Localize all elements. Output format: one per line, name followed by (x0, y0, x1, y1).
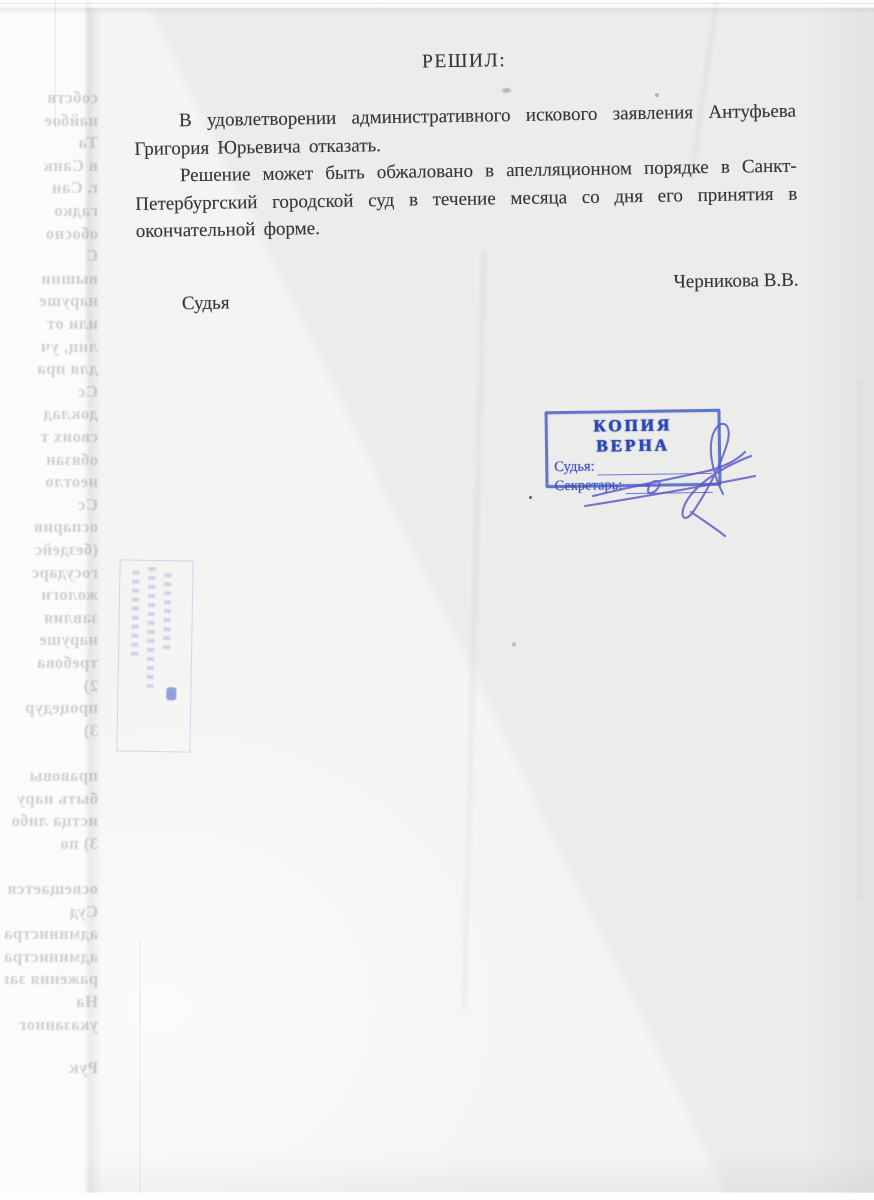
stamp-judge-label: Судья: (554, 459, 595, 477)
bleed-through-fragment: административ (4, 947, 98, 967)
stamp-text-line (146, 567, 155, 691)
bleed-through-fragment: найбое (4, 111, 98, 131)
bleed-through-fragment: для пра (4, 359, 98, 379)
bleed-through-fragment: вышни (4, 269, 98, 289)
bleed-through-fragment: С (4, 246, 98, 266)
document-heading: РЕШИЛ: (133, 46, 795, 78)
bleed-through-fragment: На (4, 992, 98, 1012)
judge-label: Судья (182, 292, 230, 315)
scanner-bottom-edge (0, 1193, 874, 1200)
bleed-through-fragment: Сс (4, 382, 98, 402)
bleed-through-fragment: 3) по (4, 834, 98, 854)
bleed-through-fragment: наруше (4, 630, 98, 650)
bleed-through-fragment: в Санк (4, 156, 98, 176)
paragraph-appeal: Решение может быть обжаловано в апелляци… (135, 153, 798, 246)
bleed-through-fragment: обосно (4, 224, 98, 244)
bleed-through-fragment: Суд (4, 902, 98, 922)
stamp-secretary-label: Секретарь: (554, 477, 622, 495)
bleed-through-fragment: обязан (4, 450, 98, 470)
ink-blob (166, 687, 176, 700)
bleed-through-fragment: процедур (4, 698, 98, 718)
stamp-text-line (131, 571, 140, 661)
fold-crease (856, 380, 864, 900)
document-content: РЕШИЛ: В удовлетворении административног… (133, 46, 799, 316)
bleed-through-fragment: Рук (4, 1058, 98, 1078)
bleed-through-fragment: указанног (4, 1015, 98, 1035)
scan-speck (529, 496, 532, 499)
stamp-secretary-row: Секретарь: (554, 476, 712, 495)
stamp-judge-row: Судья: (554, 457, 712, 476)
scan-speck (502, 88, 511, 93)
bleed-through-fragment: истца либо (4, 811, 98, 831)
bleed-through-fragment: Сс (4, 495, 98, 515)
bleed-through-fragment: лиц, уч (4, 337, 98, 357)
stamp-title: КОПИЯ ВЕРНА (554, 415, 713, 457)
bleed-through-fragment: государс (4, 563, 98, 583)
bleed-through-fragment: своих т (4, 427, 98, 447)
fold-crease (139, 940, 143, 1200)
bleed-through-fragment: административ (4, 924, 98, 944)
bleed-through-fragment: наруше (4, 291, 98, 311)
stamp-text-line (163, 573, 171, 651)
bleed-through-fragment: оспарив (4, 517, 98, 537)
bleed-through-fragment: 2) (4, 676, 98, 696)
bleed-through-fragment: ражения зая (4, 969, 98, 989)
bleed-through-fragment: гадко (4, 201, 98, 221)
scanned-page: собствнайбоеТав Санкг. СангадкообосноСвы… (0, 0, 874, 1200)
bleed-through-fragment: быть нару (4, 789, 98, 809)
fold-crease (460, 250, 488, 1010)
signature-row: Судья Черникова В.В. (137, 275, 799, 315)
bleed-through-fragment: правовы (4, 766, 98, 786)
stamp-judge-blank-line (598, 460, 713, 476)
bleed-through-fragment: (бездейс (4, 540, 98, 560)
bleed-through-fragment: доклад (4, 404, 98, 424)
scanner-top-edge (0, 0, 874, 4)
scan-speck (655, 93, 659, 97)
bleed-through-fragment: или от (4, 314, 98, 334)
bleed-through-fragment: освещается (4, 879, 98, 899)
bleed-through-fragment: неотло (4, 472, 98, 492)
bleed-through-fragment: г. Сан (4, 178, 98, 198)
faint-vertical-stamp (116, 559, 193, 752)
bleed-through-fragment: собств (4, 88, 98, 108)
scan-speck (512, 642, 516, 647)
bleed-through-fragment: Та (4, 133, 98, 153)
bleed-through-fragment: требова (4, 653, 98, 673)
bleed-through-fragment: 3) (4, 721, 98, 741)
copy-verified-stamp: КОПИЯ ВЕРНА Судья: Секретарь: (544, 409, 721, 488)
stamp-secretary-blank-line (625, 479, 712, 494)
bleed-through-fragment: завлия (4, 608, 98, 628)
bleed-through-fragment: жологи (4, 585, 98, 605)
judge-name: Черникова В.В. (673, 269, 798, 293)
bleed-through-column: собствнайбоеТав Санкг. СангадкообосноСвы… (0, 0, 104, 1200)
